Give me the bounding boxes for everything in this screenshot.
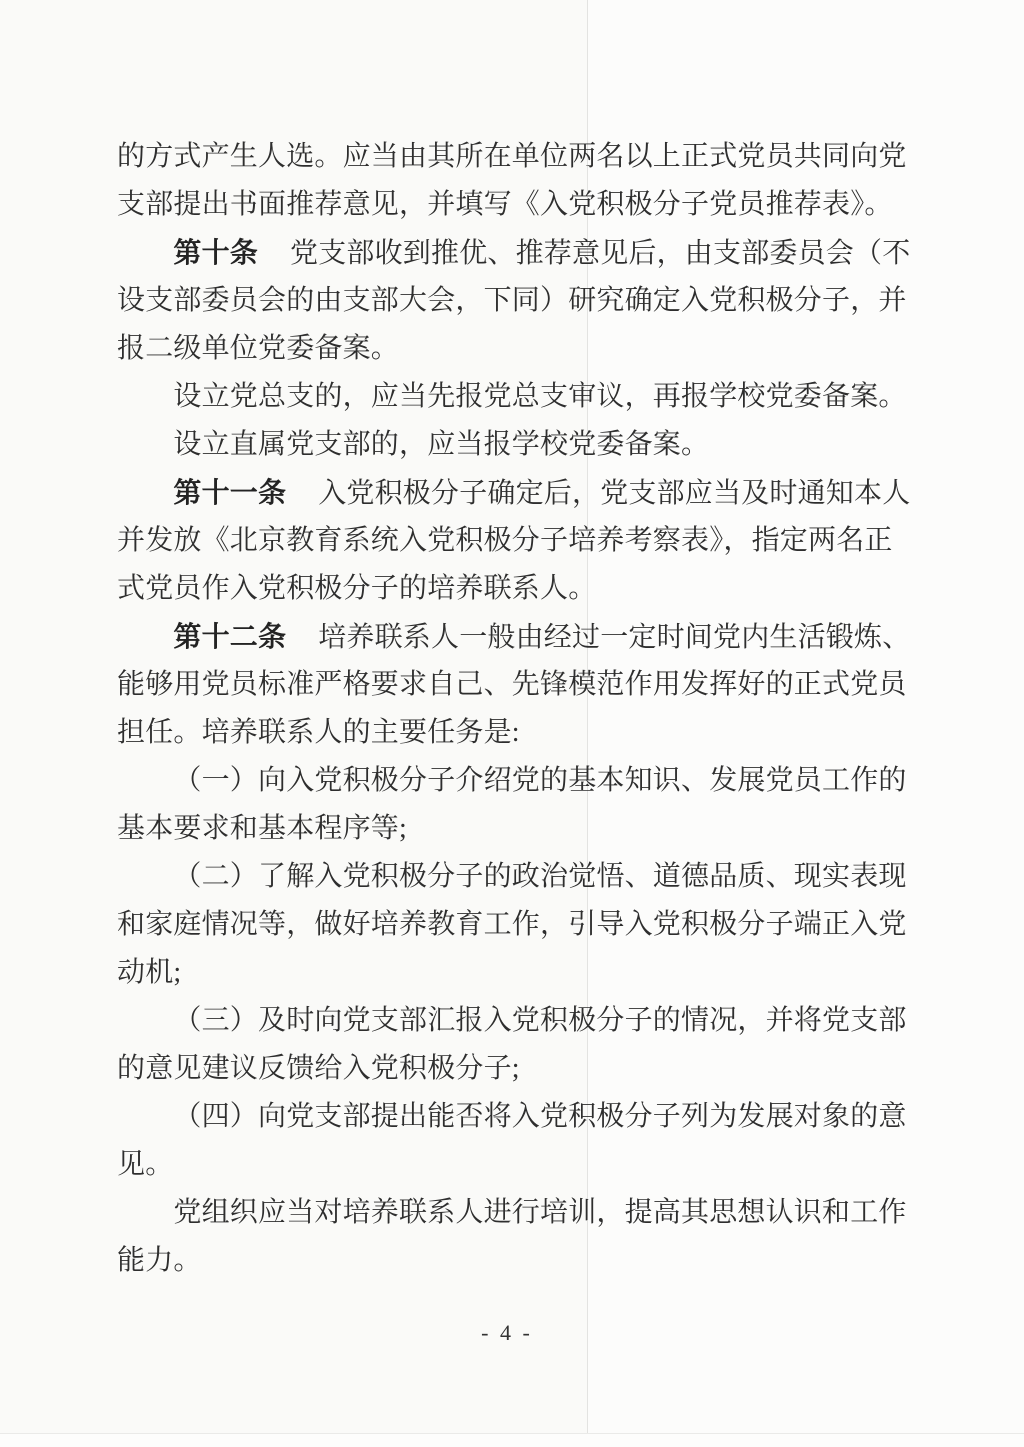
text-line: 的方式产生人选。应当由其所在单位两名以上正式党员共同向党 bbox=[117, 133, 913, 181]
article-heading: 第十条 bbox=[173, 237, 258, 268]
heading-gap bbox=[286, 501, 318, 502]
heading-gap bbox=[258, 261, 290, 262]
line-text: 并发放《北京教育系统入党积极分子培养考察表》，指定两名正 bbox=[117, 525, 893, 556]
line-text: 设立直属党支部的，应当报学校党委备案。 bbox=[173, 429, 709, 460]
text-line: 报二级单位党委备案。 bbox=[117, 325, 913, 373]
line-text: 设立党总支的，应当先报党总支审议，再报学校党委备案。 bbox=[173, 381, 906, 412]
line-text: 担任。培养联系人的主要任务是: bbox=[117, 717, 520, 748]
text-line: 能力。 bbox=[117, 1237, 913, 1285]
text-line: 见。 bbox=[117, 1141, 913, 1189]
text-line: 式党员作入党积极分子的培养联系人。 bbox=[117, 565, 913, 613]
text-line: 能够用党员标准严格要求自己、先锋模范作用发挥好的正式党员 bbox=[117, 661, 913, 709]
line-text: 党支部收到推优、推荐意见后，由支部委员会（不 bbox=[290, 238, 910, 269]
line-text: 见。 bbox=[117, 1149, 173, 1180]
text-line: （一）向入党积极分子介绍党的基本知识、发展党员工作的 bbox=[117, 757, 913, 805]
line-text: 能够用党员标准严格要求自己、先锋模范作用发挥好的正式党员 bbox=[117, 669, 907, 700]
line-text: 能力。 bbox=[117, 1245, 202, 1276]
line-text: 报二级单位党委备案。 bbox=[117, 333, 399, 364]
text-line: 第十二条培养联系人一般由经过一定时间党内生活锻炼、 bbox=[117, 613, 913, 661]
line-text: 入党积极分子确定后，党支部应当及时通知本人 bbox=[318, 478, 910, 509]
text-line: 设立直属党支部的，应当报学校党委备案。 bbox=[117, 421, 913, 469]
text-line: 第十条党支部收到推优、推荐意见后，由支部委员会（不 bbox=[117, 229, 913, 277]
article-heading: 第十一条 bbox=[173, 477, 286, 508]
text-line: 党组织应当对培养联系人进行培训，提高其思想认识和工作 bbox=[117, 1189, 913, 1237]
line-text: 式党员作入党积极分子的培养联系人。 bbox=[117, 573, 596, 604]
line-text: 的方式产生人选。应当由其所在单位两名以上正式党员共同向党 bbox=[117, 141, 907, 172]
line-text: （四）向党支部提出能否将入党积极分子列为发展对象的意 bbox=[173, 1101, 906, 1132]
line-text: （三）及时向党支部汇报入党积极分子的情况，并将党支部 bbox=[173, 1005, 906, 1036]
text-line: 支部提出书面推荐意见，并填写《入党积极分子党员推荐表》。 bbox=[117, 181, 913, 229]
line-text: （一）向入党积极分子介绍党的基本知识、发展党员工作的 bbox=[173, 765, 906, 796]
text-line: （四）向党支部提出能否将入党积极分子列为发展对象的意 bbox=[117, 1093, 913, 1141]
line-text: （二）了解入党积极分子的政治觉悟、道德品质、现实表现 bbox=[173, 861, 906, 892]
document-body: 的方式产生人选。应当由其所在单位两名以上正式党员共同向党支部提出书面推荐意见，并… bbox=[117, 133, 913, 1285]
page-number: - 4 - bbox=[117, 1320, 897, 1346]
scan-bottom-margin bbox=[0, 1434, 1024, 1447]
line-text: 的意见建议反馈给入党积极分子; bbox=[117, 1053, 520, 1084]
text-line: 的意见建议反馈给入党积极分子; bbox=[117, 1045, 913, 1093]
text-line: 设支部委员会的由支部大会，下同）研究确定入党积极分子，并 bbox=[117, 277, 913, 325]
text-line: 基本要求和基本程序等; bbox=[117, 805, 913, 853]
document-page: 的方式产生人选。应当由其所在单位两名以上正式党员共同向党支部提出书面推荐意见，并… bbox=[0, 0, 1024, 1447]
line-text: 设支部委员会的由支部大会，下同）研究确定入党积极分子，并 bbox=[117, 285, 907, 316]
text-line: 并发放《北京教育系统入党积极分子培养考察表》，指定两名正 bbox=[117, 517, 913, 565]
text-line: （二）了解入党积极分子的政治觉悟、道德品质、现实表现 bbox=[117, 853, 913, 901]
line-text: 党组织应当对培养联系人进行培训，提高其思想认识和工作 bbox=[173, 1197, 906, 1228]
text-line: 和家庭情况等，做好培养教育工作，引导入党积极分子端正入党 bbox=[117, 901, 913, 949]
line-text: 支部提出书面推荐意见，并填写《入党积极分子党员推荐表》。 bbox=[117, 189, 893, 220]
text-line: 第十一条入党积极分子确定后，党支部应当及时通知本人 bbox=[117, 469, 913, 517]
article-heading: 第十二条 bbox=[173, 621, 286, 652]
text-line: 担任。培养联系人的主要任务是: bbox=[117, 709, 913, 757]
line-text: 基本要求和基本程序等; bbox=[117, 813, 407, 844]
line-text: 和家庭情况等，做好培养教育工作，引导入党积极分子端正入党 bbox=[117, 909, 907, 940]
heading-gap bbox=[286, 645, 318, 646]
text-line: 设立党总支的，应当先报党总支审议，再报学校党委备案。 bbox=[117, 373, 913, 421]
text-line: 动机; bbox=[117, 949, 913, 997]
line-text: 动机; bbox=[117, 957, 181, 988]
line-text: 培养联系人一般由经过一定时间党内生活锻炼、 bbox=[318, 622, 910, 653]
text-line: （三）及时向党支部汇报入党积极分子的情况，并将党支部 bbox=[117, 997, 913, 1045]
